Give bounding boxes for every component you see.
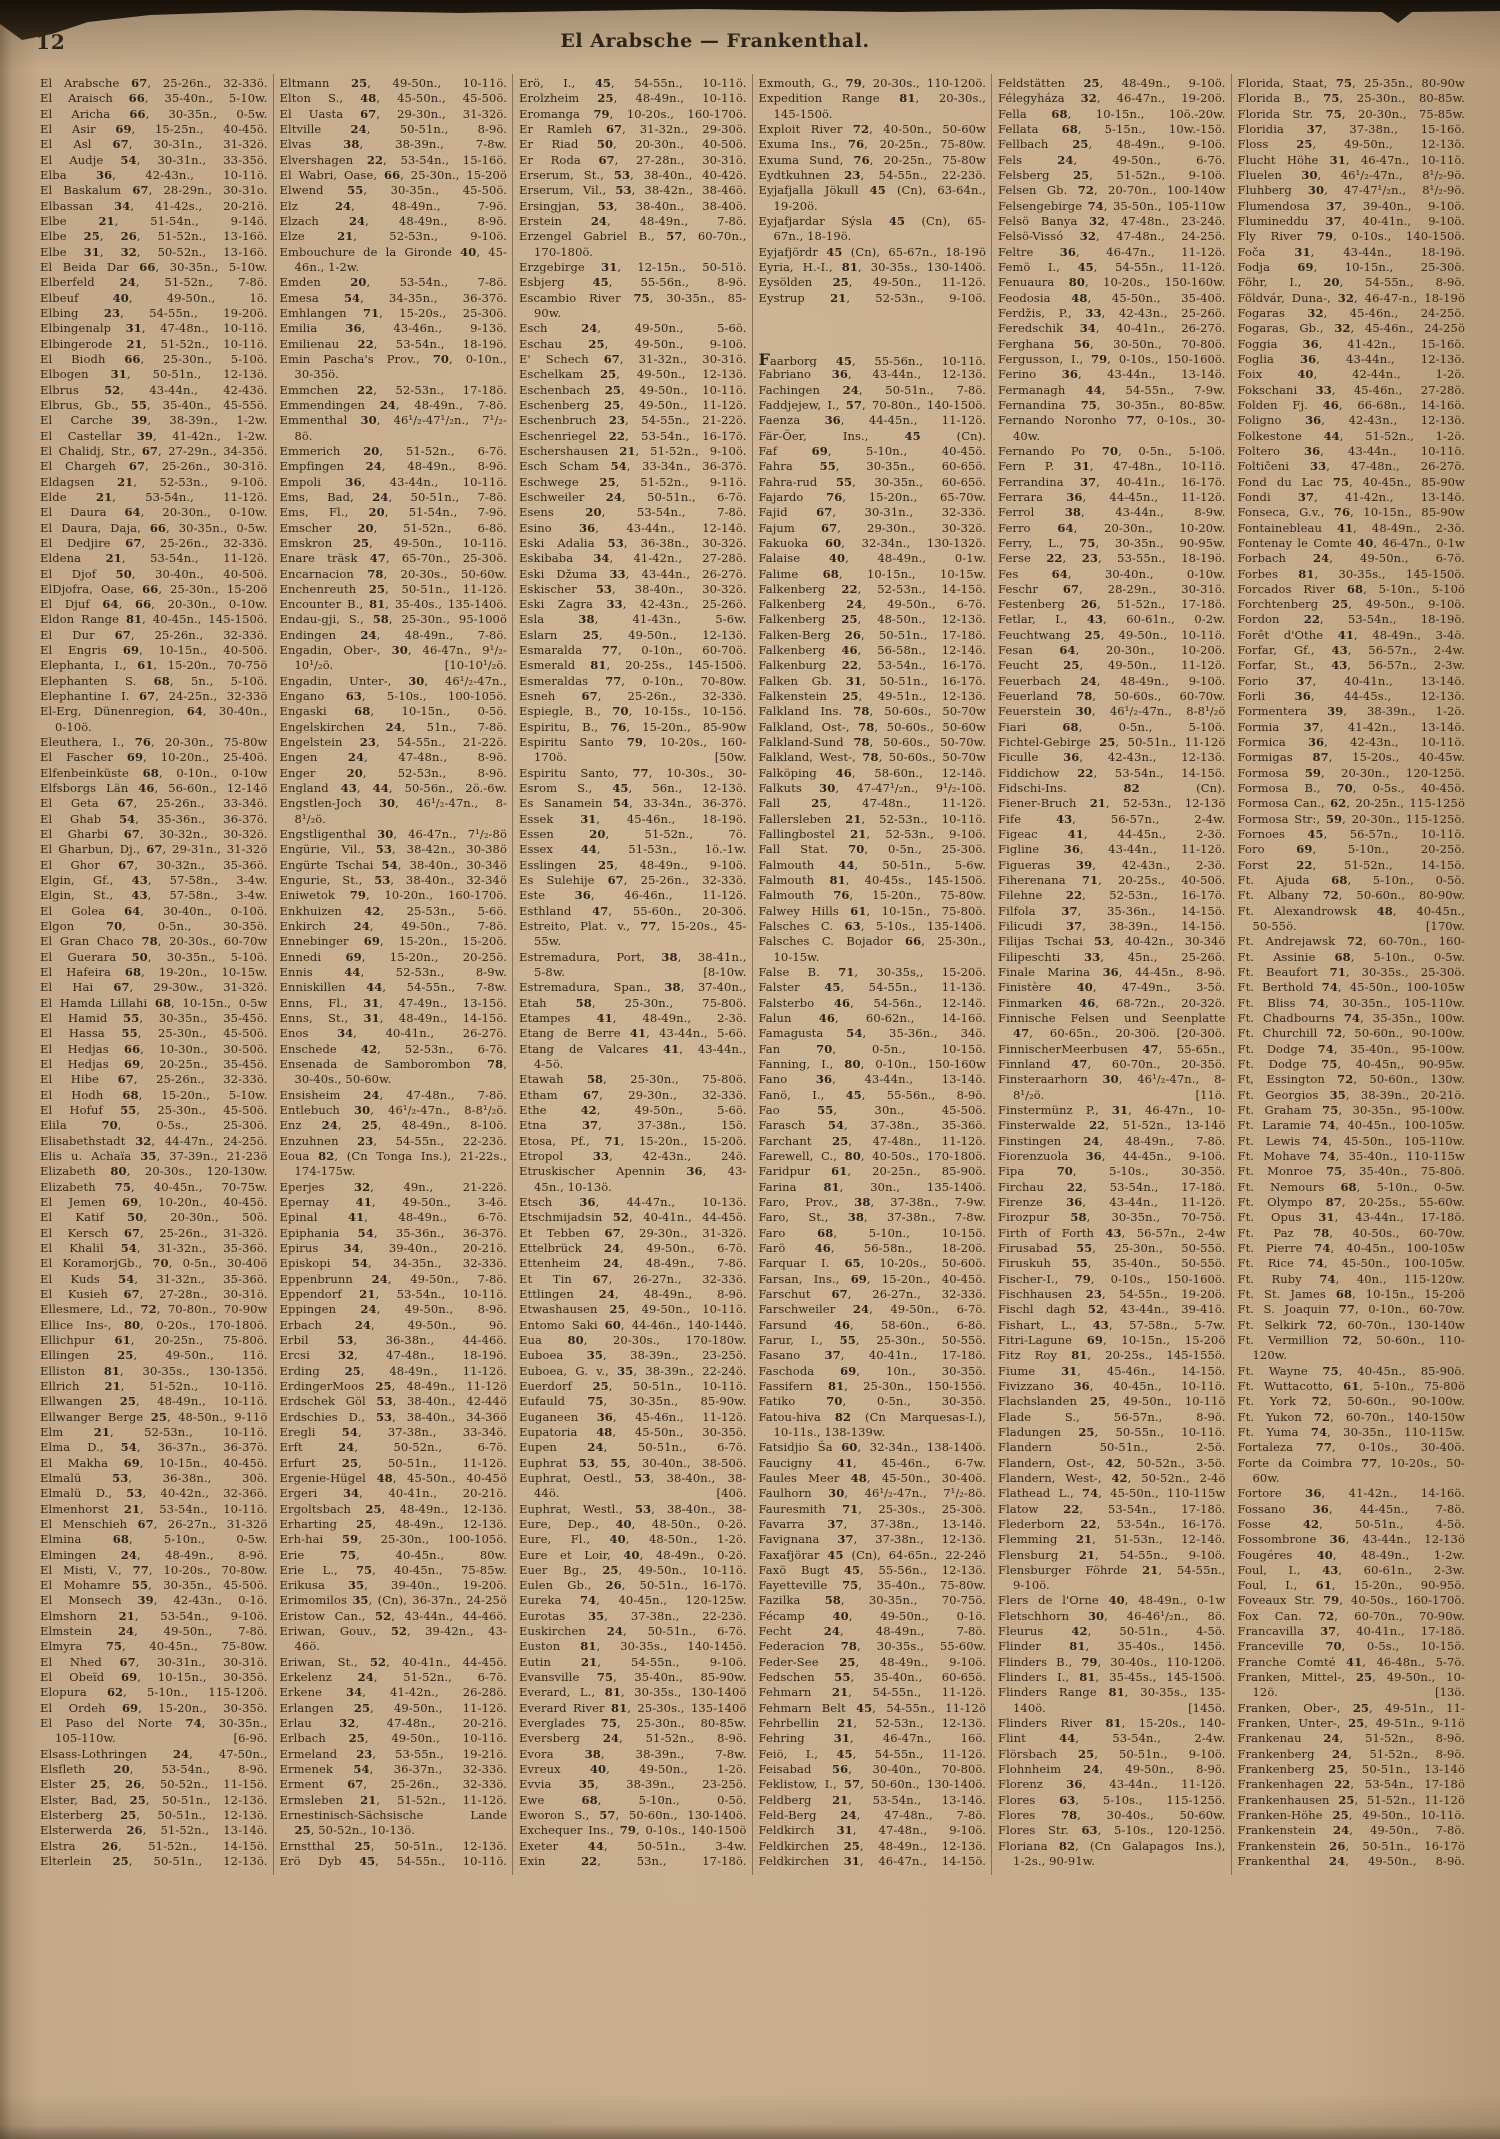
index-entry: Erh-hai 59, 25-30n., 100-105ö.	[280, 1532, 508, 1547]
index-entry: Euboea 35, 38-39n., 23-25ö.	[519, 1348, 747, 1363]
index-entry: Ft. Lewis 74, 45-50n., 105-110w.	[1238, 1134, 1466, 1149]
index-entry: Ft. Graham 75, 30-35n., 95-100w.	[1238, 1103, 1466, 1118]
index-entry: Exeter 44, 50-51n., 3-4w.	[519, 1839, 747, 1854]
index-entry: Eltville 24, 50-51n., 8-9ö.	[280, 122, 508, 137]
index-entry: Falkland, Ost-, 78, 50-60s., 50-60w	[759, 720, 987, 735]
index-entry: Foveaux Str. 79, 40-50s., 160-170ö.	[1238, 1593, 1466, 1608]
index-entry: Erlangen 25, 49-50n., 11-12ö.	[280, 1701, 508, 1716]
index-entry: Forfar, Gf., 43, 56-57n., 2-4w.	[1238, 643, 1466, 658]
index-entry: Elopura 62, 5-10n., 115-120ö.	[40, 1685, 268, 1700]
index-entry: Ft. Churchill 72, 50-60n., 90-100w.	[1238, 1026, 1466, 1041]
section-dropcap: F	[759, 352, 770, 367]
index-entry: Ft. Nemours 68, 5-10n., 0-5w.	[1238, 1180, 1466, 1195]
index-entry: Flensburger Föhrde 21, 54-55n.,	[998, 1563, 1226, 1578]
index-entry: Fayetteville 75, 35-40n., 75-80w.	[759, 1578, 987, 1593]
index-entry: Ellesmere, Ld., 72, 70-80n., 70-90w	[40, 1302, 268, 1317]
index-entry: Firth of Forth 43, 56-57n., 2-4w	[998, 1226, 1226, 1241]
index-entry: Fesan 64, 20-30n., 10-20ö.	[998, 643, 1226, 658]
index-entry: Ft. Wayne 75, 40-45n., 85-90ö.	[1238, 1364, 1466, 1379]
index-entry: Fellbach 25, 48-49n., 9-10ö.	[998, 137, 1226, 152]
index-entry: Forbach 24, 49-50n., 6-7ö.	[1238, 551, 1466, 566]
index-entry: Elmalü 53, 36-38n., 30ö.	[40, 1471, 268, 1486]
index-entry: Fogaras 32, 45-46n., 24-25ö.	[1238, 306, 1466, 321]
index-entry: El Hibe 67, 25-26n., 32-33ö.	[40, 1072, 268, 1087]
index-entry: Forchtenberg 25, 49-50n., 9-10ö.	[1238, 597, 1466, 612]
index-entry: Empfingen 24, 48-49n., 8-9ö.	[280, 459, 508, 474]
index-entry: Ft. Opus 31, 43-44n., 17-18ö.	[1238, 1210, 1466, 1225]
index-entry: Fasano 37, 40-41n., 17-18ö.	[759, 1348, 987, 1363]
index-entry: Emesa 54, 34-35n., 36-37ö.	[280, 291, 508, 306]
index-entry: Forcados River 68, 5-10n., 5-10ö	[1238, 582, 1466, 597]
index-entry: Fischhausen 23, 54-55n., 19-20ö.	[998, 1287, 1226, 1302]
index-entry: Fehmarn 21, 54-55n., 11-12ö.	[759, 1685, 987, 1700]
index-entry: Exuma Ins., 76, 20-25n., 75-80w.	[759, 137, 987, 152]
index-entry: Etampes 41, 48-49n., 2-3ö.	[519, 1011, 747, 1026]
index-entry: 46n., 1-2w.	[280, 260, 508, 275]
index-entry: Filehne 22, 52-53n., 16-17ö.	[998, 888, 1226, 903]
index-entry: Euphrat, Oestl., 53, 38-40n., 38-	[519, 1471, 747, 1486]
index-entry: Exploit River 72, 40-50n., 50-60w	[759, 122, 987, 137]
index-entry: 0-10ö.	[40, 720, 268, 735]
index-entry: Floriana 82, (Cn Galapagos Ins.),	[998, 1839, 1226, 1854]
index-entry: Fanö, I., 45, 55-56n., 8-9ö.	[759, 1088, 987, 1103]
index-entry: 1-2s., 90-91w.	[998, 1854, 1226, 1869]
index-entry: Frankenberg 25, 50-51n., 13-14ö	[1238, 1762, 1466, 1777]
index-entry: Feschr 67, 28-29n., 30-31ö.	[998, 582, 1226, 597]
index-entry: 46ö.	[280, 1639, 508, 1654]
index-entry: Exmouth, G., 79, 20-30s., 110-120ö.	[759, 76, 987, 91]
index-entry: Elba 36, 42-43n., 10-11ö.	[40, 168, 268, 183]
index-entry: Filicudi 37, 38-39n., 14-15ö.	[998, 919, 1226, 934]
index-entry: Folden Fj. 46, 66-68n., 14-16ö.	[1238, 398, 1466, 413]
index-entry: Falmouth 81, 40-45s., 145-150ö.	[759, 873, 987, 888]
index-entry: Ergoltsbach 25, 48-49n., 12-13ö.	[280, 1502, 508, 1517]
index-entry: Fipa 70, 5-10s., 30-35ö.	[998, 1164, 1226, 1179]
index-entry: 25, 50-52n., 10-13ö.	[280, 1823, 508, 1838]
index-entry: Filijas Tschai 53, 40-42n., 30-34ö	[998, 934, 1226, 949]
index-entry: Falwey Hills 61, 10-15n., 75-80ö.	[759, 904, 987, 919]
index-entry: Fehring 31, 46-47n., 16ö.	[759, 1731, 987, 1746]
index-entry: Elbeuf 40, 49-50n., 1ö.	[40, 291, 268, 306]
index-entry: Ernstthal 25, 50-51n., 12-13ö.	[280, 1839, 508, 1854]
index-entry: Eniwetok 79, 10-20n., 160-170ö.	[280, 888, 508, 903]
index-entry: Ferdžis, P., 33, 42-43n., 25-26ö.	[998, 306, 1226, 321]
index-entry: Falkland, West-, 78, 50-60s., 50-70w	[759, 750, 987, 765]
index-entry: Fehrbellin 21, 52-53n., 12-13ö.	[759, 1716, 987, 1731]
index-entry: Eworon S., 57, 50-60n., 130-140ö.	[519, 1808, 747, 1823]
index-entry: Favarra 37, 37-38n., 13-14ö.	[759, 1517, 987, 1532]
index-entry: Fox Can. 72, 60-70n., 70-90w.	[1238, 1609, 1466, 1624]
index-entry: Ellwanger Berge 25, 48-50n., 9-11ö	[40, 1410, 268, 1425]
index-entry: Elm 21, 52-53n., 10-11ö.	[40, 1425, 268, 1440]
index-entry: Feiö, I., 45, 54-55n., 11-12ö.	[759, 1747, 987, 1762]
index-entry: 19-20ö.	[759, 199, 987, 214]
index-entry: Everglades 75, 25-30n., 80-85w.	[519, 1716, 747, 1731]
index-entry: Fitz Roy 81, 20-25s., 145-155ö.	[998, 1348, 1226, 1363]
index-entry: Eversberg 24, 51-52n., 8-9ö.	[519, 1731, 747, 1746]
index-entry: Folkestone 44, 51-52n., 1-2ö.	[1238, 429, 1466, 444]
index-entry: Exuma Sund, 76, 20-25n., 75-80w	[759, 153, 987, 168]
index-entry: El Chalidj, Str., 67, 27-29n., 34-35ö.	[40, 444, 268, 459]
index-entry: Falkenstein 25, 49-51n., 12-13ö.	[759, 689, 987, 704]
index-entry: Francavilla 37, 40-41n., 17-18ö.	[1238, 1624, 1466, 1639]
index-entry: Ermeland 23, 53-55n., 19-21ö.	[280, 1747, 508, 1762]
index-entry: Fernando Noronho 77, 0-10s., 30-	[998, 413, 1226, 428]
index-entry: Eschenberg 25, 49-50n., 11-12ö.	[519, 398, 747, 413]
index-entry: Erlau 32, 47-48n., 20-21ö.	[280, 1716, 508, 1731]
index-entry: Fazilka 58, 30-35n., 70-75ö.	[759, 1593, 987, 1608]
index-entry: Enz 24, 25, 48-49n., 8-10ö.	[280, 1118, 508, 1133]
index-entry: Encarnacion 78, 20-30s., 50-60w.	[280, 567, 508, 582]
index-entry: Elila 70, 0-5s., 25-30ö.	[40, 1118, 268, 1133]
index-entry: Ft. Mohave 74, 35-40n., 110-115w	[1238, 1149, 1466, 1164]
index-entry: El Djuf 64, 66, 20-30n., 0-10w.	[40, 597, 268, 612]
index-entry: Embouchure de la Gironde 40, 45-	[280, 245, 508, 260]
index-entry: Feldstätten 25, 48-49n., 9-10ö.	[998, 76, 1226, 91]
index-entry: Figeac 41, 44-45n., 2-3ö.	[998, 827, 1226, 842]
index-entry: Ernestinisch-Sächsische Lande	[280, 1808, 508, 1823]
index-entry: Eschenriegel 22, 53-54n., 16-17ö.	[519, 429, 747, 444]
index-entry: Elwend 55, 30-35n., 45-50ö.	[280, 183, 508, 198]
index-entry: Feder-See 25, 48-49n., 9-10ö.	[759, 1655, 987, 1670]
blank-line	[759, 337, 987, 352]
index-entry: Fischer-I., 79, 0-10s., 150-160ö.	[998, 1272, 1226, 1287]
index-entry: Fougéres 40, 48-49n., 1-2w.	[1238, 1548, 1466, 1563]
index-entry: El Castellar 39, 41-42n., 1-2w.	[40, 429, 268, 444]
index-entry: Engürte Tschai 54, 38-40n., 30-34ö	[280, 858, 508, 873]
index-entry: Eure, Dep., 40, 48-50n., 0-2ö.	[519, 1517, 747, 1532]
index-entry: Emskron 25, 49-50n., 10-11ö.	[280, 536, 508, 551]
index-entry: Fife 43, 56-57n., 2-4w.	[998, 812, 1226, 827]
index-entry: Fiddichow 22, 53-54n., 14-15ö.	[998, 766, 1226, 781]
index-entry: Ellichpur 61, 20-25n., 75-80ö.	[40, 1333, 268, 1348]
index-entry: El Misti, V., 77, 10-20s., 70-80w.	[40, 1563, 268, 1578]
index-entry: Finnland 47, 60-70n., 20-35ö.	[998, 1057, 1226, 1072]
index-entry: Ferrandina 37, 40-41n., 16-17ö.	[998, 475, 1226, 490]
index-entry: Eromanga 79, 10-20s., 160-170ö.	[519, 107, 747, 122]
index-entry: Enare träsk 47, 65-70n., 25-30ö.	[280, 551, 508, 566]
index-entry: Euer Bg., 25, 49-50n., 10-11ö.	[519, 1563, 747, 1578]
index-entry: Erlbach 25, 49-50n., 10-11ö.	[280, 1731, 508, 1746]
index-entry: Faro, Prov., 38, 37-38n., 7-9w.	[759, 1195, 987, 1210]
index-entry: Flores 63, 5-10s., 115-125ö.	[998, 1793, 1226, 1808]
index-entry: Enchenreuth 25, 50-51n., 11-12ö.	[280, 582, 508, 597]
index-entry: Etang de Valcares 41, 43-44n.,	[519, 1042, 747, 1057]
index-entry: Flumendosa 37, 39-40n., 9-10ö.	[1238, 199, 1466, 214]
index-entry: Etropol 33, 42-43n., 24ö.	[519, 1149, 747, 1164]
index-entry: Elis u. Achaïa 35, 37-39n., 21-23ö	[40, 1149, 268, 1164]
index-entry: Fatiko 70, 0-5n., 30-35ö.	[759, 1394, 987, 1409]
index-entry: 90w.	[519, 306, 747, 321]
index-entry: Elizabeth 75, 40-45n., 70-75w.	[40, 1180, 268, 1195]
index-entry: Eure, Fl., 40, 48-50n., 1-2ö.	[519, 1532, 747, 1547]
index-entry: Ft. Monroe 75, 35-40n., 75-80ö.	[1238, 1164, 1466, 1179]
index-entry: Eskischer 53, 38-40n., 30-32ö.	[519, 582, 747, 597]
index-entry: Felsö-Vissó 32, 47-48n., 24-25ö.	[998, 229, 1226, 244]
index-entry: Falkenberg 46, 56-58n., 12-14ö.	[759, 643, 987, 658]
index-entry: Fallersleben 21, 52-53n., 10-11ö.	[759, 812, 987, 827]
index-entry: Eschelkam 25, 49-50n., 12-13ö.	[519, 367, 747, 382]
index-entry: Elmenhorst 21, 53-54n., 10-11ö.	[40, 1502, 268, 1517]
index-entry: Este 36, 46-46n., 11-12ö.	[519, 888, 747, 903]
index-entry: Feuerbach 24, 48-49n., 9-10ö.	[998, 674, 1226, 689]
index-entry: Eyria, H.-I., 81, 30-35s., 130-140ö.	[759, 260, 987, 275]
index-entry: Feuerland 78, 50-60s., 60-70w.	[998, 689, 1226, 704]
index-entry: Falkland Ins. 78, 50-60s., 50-70w	[759, 704, 987, 719]
index-entry: Ft. Laramie 74, 40-45n., 100-105w.	[1238, 1118, 1466, 1133]
index-entry: Fedschen 55, 35-40n., 60-65ö.	[759, 1670, 987, 1685]
index-entry: Emin Pascha's Prov., 70, 0-10n.,	[280, 352, 508, 367]
index-entry: Erdschies D., 53, 38-40n., 34-36ö	[280, 1410, 508, 1425]
index-entry: Elstra 26, 51-52n., 14-15ö.	[40, 1839, 268, 1854]
index-entry: Eperjes 32, 49n., 21-22ö.	[280, 1180, 508, 1195]
index-entry: Fall 25, 47-48n., 11-12ö.	[759, 796, 987, 811]
index-entry: Ellice Ins-, 80, 0-20s., 170-180ö.	[40, 1318, 268, 1333]
index-entry: Ems, Bad, 24, 50-51n., 7-8ö.	[280, 490, 508, 505]
index-entry: Faro, St., 38, 37-38n., 7-8w.	[759, 1210, 987, 1225]
index-entry: Félegyháza 32, 46-47n., 19-20ö.	[998, 91, 1226, 106]
index-entry: Farquar I. 65, 10-20s., 50-60ö.	[759, 1256, 987, 1271]
bottom-paper-edge	[0, 2125, 1500, 2139]
index-entry: Elephanta, I., 61, 15-20n., 70-75ö	[40, 658, 268, 673]
index-entry: 9-10ö.	[998, 1578, 1226, 1593]
index-entry: Eysölden 25, 49-50n., 11-12ö.	[759, 275, 987, 290]
index-entry: Franken-Höhe 25, 49-50n., 10-11ö.	[1238, 1808, 1466, 1823]
index-entry: FinnischerMeerbusen 47, 55-65n.,	[998, 1042, 1226, 1057]
index-column-5: Feldstätten 25, 48-49n., 9-10ö.Félegyház…	[992, 74, 1232, 1875]
index-entry: Exin 22, 53n., 17-18ö.	[519, 1854, 747, 1869]
index-entry: Fabriano 36, 43-44n., 12-13ö.	[759, 367, 987, 382]
index-entry: Ferry, L., 75, 30-35n., 90-95w.	[998, 536, 1226, 551]
index-entry: Erolzheim 25, 48-49n., 10-11ö.	[519, 91, 747, 106]
index-entry: Feuerstein 30, 46¹/₂-47n., 8-8¹/₂ö	[998, 704, 1226, 719]
index-entry: Eppingen 24, 49-50n., 8-9ö.	[280, 1302, 508, 1317]
index-entry: Engadin, Ober-, 30, 46-47n., 9¹/₂-	[280, 643, 508, 658]
index-entry: Endau-gji, S., 58, 25-30n., 95-100ö	[280, 612, 508, 627]
index-entry: Epiphania 54, 35-36n., 36-37ö.	[280, 1226, 508, 1241]
index-entry: Eupen 24, 50-51n., 6-7ö.	[519, 1440, 747, 1455]
index-entry: Flinder 81, 35-40s., 145ö.	[998, 1639, 1226, 1654]
index-entry: El Chargeh 67, 25-26n., 30-31ö.	[40, 459, 268, 474]
index-entry: Eppenbrunn 24, 49-50n., 7-8ö.	[280, 1272, 508, 1287]
index-entry: Farasch 54, 37-38n., 35-36ö.	[759, 1118, 987, 1133]
index-entry: Espiritu Santo 79, 10-20s., 160-	[519, 735, 747, 750]
index-entry: Ft. Berthold 74, 45-50n., 100-105w	[1238, 980, 1466, 995]
index-entry: Firusabad 55, 25-30n., 50-55ö.	[998, 1241, 1226, 1256]
index-entry: Fosse 42, 50-51n., 4-5ö.	[1238, 1517, 1466, 1532]
index-entry: Elbrus 52, 43-44n., 42-43ö.	[40, 383, 268, 398]
index-entry: Estremadura, Span., 38, 37-40n.,	[519, 980, 747, 995]
index-entry: El Khalil 54, 31-32n., 35-36ö.	[40, 1241, 268, 1256]
index-entry: El Hedjas 66, 10-30n., 30-50ö.	[40, 1042, 268, 1057]
index-entry: Everard River 81, 25-30s., 135-140ö	[519, 1701, 747, 1716]
index-entry: Elfenbeinküste 68, 0-10n., 0-10w	[40, 766, 268, 781]
index-entry: Fitri-Lagune 69, 10-15n., 15-20ö	[998, 1333, 1226, 1348]
index-entry: El Audje 54, 30-31n., 33-35ö.	[40, 153, 268, 168]
index-entry: Flinders River 81, 15-20s., 140-	[998, 1716, 1226, 1731]
index-entry: Elterlein 25, 50-51n., 12-13ö.	[40, 1854, 268, 1869]
index-column-4: Exmouth, G., 79, 20-30s., 110-120ö.Exped…	[753, 74, 993, 1875]
index-entry: Elgin, Gf., 43, 57-58n., 3-4w.	[40, 873, 268, 888]
index-entry: Ettlingen 24, 48-49n., 8-9ö.	[519, 1287, 747, 1302]
index-entry: Fanning, I., 80, 0-10n., 150-160w	[759, 1057, 987, 1072]
index-entry: Fern P. 31, 47-48n., 10-11ö.	[998, 459, 1226, 474]
index-entry: Erharting 25, 48-49n., 12-13ö.	[280, 1517, 508, 1532]
index-entry: Feklistow, I., 57, 50-60n., 130-140ö.	[759, 1777, 987, 1792]
index-entry: Feucht 25, 49-50n., 11-12ö.	[998, 658, 1226, 673]
index-entry: Fallingbostel 21, 52-53n., 9-10ö.	[759, 827, 987, 842]
index-entry: Festenberg 26, 51-52n., 17-18ö.	[998, 597, 1226, 612]
index-entry: Erö, I., 45, 54-55n., 10-11ö.	[519, 76, 747, 91]
index-entry: Firuskuh 55, 35-40n., 50-55ö.	[998, 1256, 1226, 1271]
index-entry: Ettelbrück 24, 49-50n., 6-7ö.	[519, 1241, 747, 1256]
index-entry: Foggia 36, 41-42n., 15-16ö.	[1238, 337, 1466, 352]
index-entry: El Kuds 54, 31-32n., 35-36ö.	[40, 1272, 268, 1287]
index-entry: 8¹/₂ö.	[280, 812, 508, 827]
index-entry: Eldon Range 81, 40-45n., 145-150ö.	[40, 612, 268, 627]
index-entry: Empoli 36, 43-44n., 10-11ö.	[280, 475, 508, 490]
index-entry: Fan 70, 0-5n., 10-15ö.	[759, 1042, 987, 1057]
index-entry: Fella 68, 10-15n., 10ö.-20w.	[998, 107, 1226, 122]
index-entry: Emden 20, 53-54n., 7-8ö.	[280, 275, 508, 290]
index-entry: Eski Zagra 33, 42-43n., 25-26ö.	[519, 597, 747, 612]
index-entry: 8¹/₂ö. [11ö.	[998, 1088, 1226, 1103]
index-entry: Falkenberg 25, 48-50n., 12-13ö.	[759, 612, 987, 627]
index-entry: Ensisheim 24, 47-48n., 7-8ö.	[280, 1088, 508, 1103]
index-entry: Esmerald 81, 20-25s., 145-150ö.	[519, 658, 747, 673]
index-entry: El Menschieh 67, 26-27n., 31-32ö	[40, 1517, 268, 1532]
index-entry: Eschweiler 24, 50-51n., 6-7ö.	[519, 490, 747, 505]
index-entry: Erbach 24, 49-50n., 9ö.	[280, 1318, 508, 1333]
index-column-6: Florida, Staat, 75, 25-35n., 80-90wFlori…	[1232, 74, 1471, 1875]
index-entry: Fahra-rud 55, 30-35n., 60-65ö.	[759, 475, 987, 490]
index-entry: Flade S., 56-57n., 8-9ö.	[998, 1410, 1226, 1425]
index-entry: Finistère 40, 47-49n., 3-5ö.	[998, 980, 1226, 995]
index-entry: Finnische Felsen und Seenplatte	[998, 1011, 1226, 1026]
index-entry: Eydtkuhnen 23, 54-55n., 22-23ö.	[759, 168, 987, 183]
index-entry: Fondi 37, 41-42n., 13-14ö.	[1238, 490, 1466, 505]
index-entry: El Hedjas 69, 20-25n., 35-45ö.	[40, 1057, 268, 1072]
index-entry: 174-175w.	[280, 1164, 508, 1179]
index-entry: Flumineddu 37, 40-41n., 9-10ö.	[1238, 214, 1466, 229]
index-entry: Eristow Can., 52, 43-44n., 44-46ö.	[280, 1609, 508, 1624]
index-entry: Erserum, Vil., 53, 38-42n., 38-46ö.	[519, 183, 747, 198]
index-entry: Forte da Coimbra 77, 10-20s., 50-	[1238, 1456, 1466, 1471]
index-entry: Figline 36, 43-44n., 11-12ö.	[998, 842, 1226, 857]
index-entry: Ft. Andrejawsk 72, 60-70n., 160-	[1238, 934, 1466, 949]
index-entry: Elfsborgs Län 46, 56-60n., 12-14ö	[40, 781, 268, 796]
index-entry: Elze 21, 52-53n., 9-10ö.	[280, 229, 508, 244]
index-entry: Ft. Yukon 72, 60-70n., 140-150w	[1238, 1410, 1466, 1425]
index-column-3: Erö, I., 45, 54-55n., 10-11ö.Erolzheim 2…	[513, 74, 753, 1875]
index-entry: Eslarn 25, 49-50n., 12-13ö.	[519, 628, 747, 643]
index-entry: El Hassa 55, 25-30n., 45-50ö.	[40, 1026, 268, 1041]
index-entry: Engadin, Unter-, 30, 46¹/₂-47n.,	[280, 674, 508, 689]
index-entry: Eschwege 25, 51-52n., 9-11ö.	[519, 475, 747, 490]
index-entry: Falsches C. 63, 5-10s., 135-140ö.	[759, 919, 987, 934]
index-entry: Etosa, Pf., 71, 15-20n., 15-20ö.	[519, 1134, 747, 1149]
index-entry: Elzach 24, 48-49n., 8-9ö.	[280, 214, 508, 229]
index-entry: Ermsleben 21, 51-52n., 11-12ö.	[280, 1793, 508, 1808]
index-entry: Es Sanamein 54, 33-34n., 36-37ö.	[519, 796, 747, 811]
index-entry: Eriwan, St., 52, 40-41n., 44-45ö.	[280, 1655, 508, 1670]
index-entry: Esino 36, 43-44n., 12-14ö.	[519, 521, 747, 536]
index-entry: Ft. Wuttacotto, 61, 5-10n., 75-80ö	[1238, 1379, 1466, 1394]
index-entry: Feldkirch 31, 47-48n., 9-10ö.	[759, 1823, 987, 1838]
index-entry: Fajid 67, 30-31n., 32-33ö.	[759, 505, 987, 520]
index-entry: Elgon 70, 0-5n., 30-35ö.	[40, 919, 268, 934]
index-entry: Ellingen 25, 49-50n., 11ö.	[40, 1348, 268, 1363]
index-entry: Eleuthera, I., 76, 20-30n., 75-80w	[40, 735, 268, 750]
index-entry: Flatow 22, 53-54n., 17-18ö.	[998, 1502, 1226, 1517]
index-entry: El Biodh 66, 25-30n., 5-10ö.	[40, 352, 268, 367]
index-entry: Fernandina 75, 30-35n., 80-85w.	[998, 398, 1226, 413]
index-entry: Erö Dyb 45, 54-55n., 10-11ö.	[280, 1854, 508, 1869]
index-entry: Föhr, I., 20, 54-55n., 8-9ö.	[1238, 275, 1466, 290]
index-entry: Engürie, Vil., 53, 38-42n., 30-38ö	[280, 842, 508, 857]
index-entry: Esneh 67, 25-26n., 32-33ö.	[519, 689, 747, 704]
index-entry: Forst 22, 51-52n., 14-15ö.	[1238, 858, 1466, 873]
index-entry: Ft. Assinie 68, 5-10n., 0-5w.	[1238, 950, 1466, 965]
index-entry: Faenza 36, 44-45n., 11-12ö.	[759, 413, 987, 428]
index-entry: Falkenberg 22, 52-53n., 14-15ö.	[759, 582, 987, 597]
index-entry: Eski Džuma 33, 43-44n., 26-27ö.	[519, 567, 747, 582]
index-entry: Falime 68, 10-15n., 10-15w.	[759, 567, 987, 582]
index-entry: Eystrup 21, 52-53n., 9-10ö.	[759, 291, 987, 306]
index-entry: Formosa 59, 20-30n., 120-125ö.	[1238, 766, 1466, 781]
index-entry: Flinders B., 79, 30-40s., 110-120ö.	[998, 1655, 1226, 1670]
index-entry: Fellata 68, 5-15n., 10w.-15ö.	[998, 122, 1226, 137]
index-entry: Elz 24, 48-49n., 7-9ö.	[280, 199, 508, 214]
index-entry: Elliston 81, 30-35s., 130-135ö.	[40, 1364, 268, 1379]
index-entry: Ft. York 72, 50-60n., 90-100w.	[1238, 1394, 1466, 1409]
index-entry: Engstlen-Joch 30, 46¹/₂-47n., 8-	[280, 796, 508, 811]
index-entry: Enns, St., 31, 48-49n., 14-15ö.	[280, 1011, 508, 1026]
index-entry: Erment 67, 25-26n., 32-33ö.	[280, 1777, 508, 1792]
index-entry: Elgin, St., 43, 57-58n., 3-4w.	[40, 888, 268, 903]
index-entry: Federacion 78, 30-35s., 55-60w.	[759, 1639, 987, 1654]
index-entry: Elmstein 24, 49-50n., 7-8ö.	[40, 1624, 268, 1639]
index-entry: Falken-Berg 26, 50-51n., 17-18ö.	[759, 628, 987, 643]
index-entry: Foča 31, 43-44n., 18-19ö.	[1238, 245, 1466, 260]
index-entry: Eurotas 35, 37-38n., 22-23ö.	[519, 1609, 747, 1624]
index-entry: Eldagsen 21, 52-53n., 9-10ö.	[40, 475, 268, 490]
index-entry: Episkopi 54, 34-35n., 32-33ö.	[280, 1256, 508, 1271]
index-entry: Etschmijadsin 52, 40-41n., 44-45ö.	[519, 1210, 747, 1225]
index-entry: Eure et Loir, 40, 48-49n., 0-2ö.	[519, 1548, 747, 1563]
index-entry: Fehmarn Belt 45, 54-55n., 11-12ö	[759, 1701, 987, 1716]
index-entry: Feodosia 48, 45-50n., 35-40ö.	[998, 291, 1226, 306]
index-entry: Elbingerode 21, 51-52n., 10-11ö.	[40, 337, 268, 352]
index-entry: Ennedi 69, 15-20n., 20-25ö.	[280, 950, 508, 965]
index-entry: Esthland 47, 55-60n., 20-30ö.	[519, 904, 747, 919]
index-entry: Foro 69, 5-10n., 20-25ö.	[1238, 842, 1466, 857]
index-entry: Flores 78, 30-40s., 50-60w.	[998, 1808, 1226, 1823]
index-entry: Fonseca, G.v., 76, 10-15n., 85-90w	[1238, 505, 1466, 520]
index-entry: Florida Str. 75, 20-30n., 75-85w.	[1238, 107, 1466, 122]
index-entry: Formosa B., 70, 0-5s., 40-45ö.	[1238, 781, 1466, 796]
index-entry: Engurie, St., 53, 38-40n., 32-34ö	[280, 873, 508, 888]
index-entry: Elisabethstadt 32, 44-47n., 24-25ö.	[40, 1134, 268, 1149]
index-entry: Feldkirchen 31, 46-47n., 14-15ö.	[759, 1854, 987, 1869]
index-entry: Foltičeni 33, 47-48n., 26-27ö.	[1238, 459, 1466, 474]
index-entry: Faucigny 41, 45-46n., 6-7w.	[759, 1456, 987, 1471]
index-entry: Euerdorf 25, 50-51n., 10-11ö.	[519, 1379, 747, 1394]
index-entry: Esch 24, 49-50n., 5-6ö.	[519, 321, 747, 336]
index-entry: Esbjerg 45, 55-56n., 8-9ö.	[519, 275, 747, 290]
index-entry: Ennebinger 69, 15-20n., 15-20ö.	[280, 934, 508, 949]
index-entry: Epinal 41, 48-49n., 6-7ö.	[280, 1210, 508, 1225]
